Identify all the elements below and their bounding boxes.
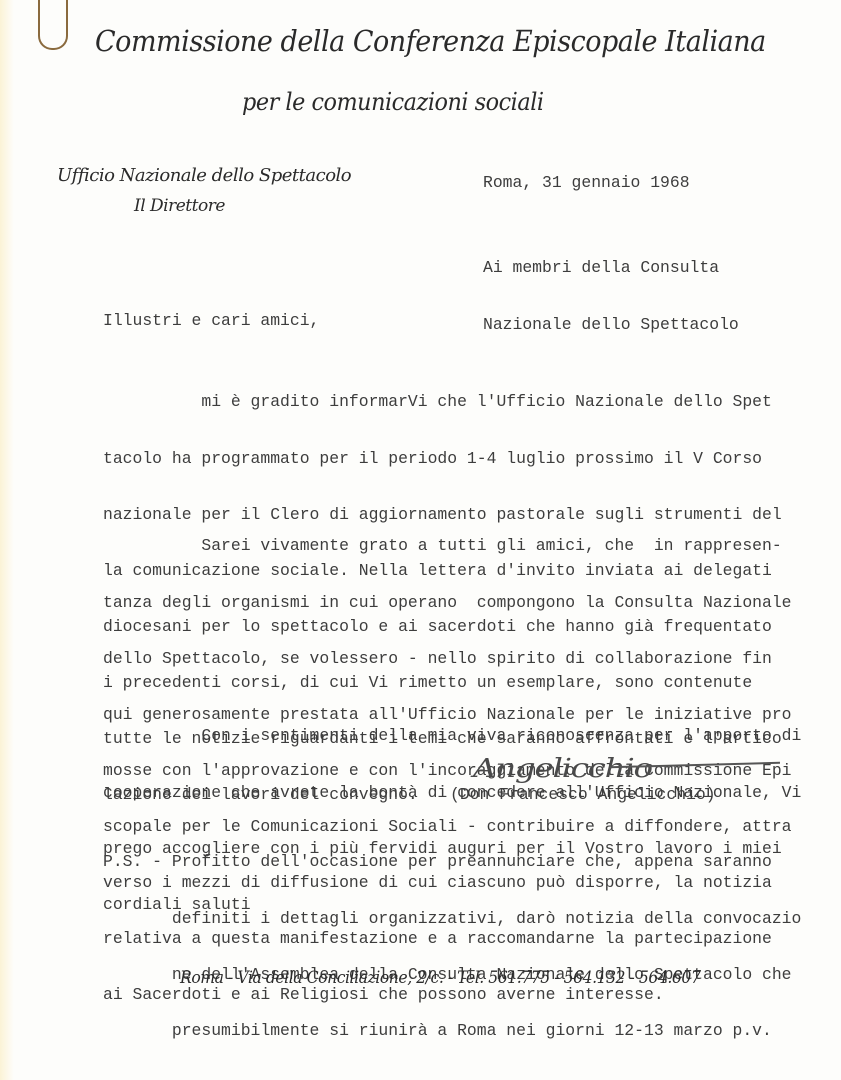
recipient-line: Nazionale dello Spettacolo xyxy=(483,316,739,335)
signatory-name: (Don Francesco Angelicchio) xyxy=(450,786,716,805)
recipient-block: Ai membri della Consulta Nazionale dello… xyxy=(483,222,739,353)
paper-edge-tint xyxy=(0,0,14,1080)
binder-clip-mark xyxy=(38,0,68,50)
text-line: presumibilmente si riunirà a Roma nei gi… xyxy=(103,1022,801,1041)
letterhead-subtitle: per le comunicazioni sociali xyxy=(242,88,544,116)
text-line: Sarei vivamente grato a tutti gli amici,… xyxy=(103,537,792,556)
office-role: Il Direttore xyxy=(134,196,225,216)
text-line: tacolo ha programmato per il periodo 1-4… xyxy=(103,450,782,469)
text-line: Con i sentimenti della mia viva riconosc… xyxy=(103,727,801,746)
recipient-line: Ai membri della Consulta xyxy=(483,259,739,278)
letterhead-title: Commissione della Conferenza Episcopale … xyxy=(95,24,766,58)
text-line: tanza degli organismi in cui operano com… xyxy=(103,594,792,613)
text-line: mi è gradito informarVi che l'Ufficio Na… xyxy=(103,393,782,412)
letterhead-footer-address: Roma - Via della Conciliazione, 2/c. - T… xyxy=(180,968,700,988)
text-line: definiti i dettagli organizzativi, darò … xyxy=(103,910,801,929)
postscript: P.S. - Profitto dell'occasione per prean… xyxy=(103,816,801,1059)
letter-date: Roma, 31 gennaio 1968 xyxy=(483,174,690,193)
office-name: Ufficio Nazionale dello Spettacolo xyxy=(57,165,351,186)
text-line: P.S. - Profitto dell'occasione per prean… xyxy=(103,853,801,872)
salutation: Illustri e cari amici, xyxy=(103,312,319,331)
signature-scribble: Angelicchio xyxy=(473,754,652,784)
text-line: dello Spettacolo, se volessero - nello s… xyxy=(103,650,792,669)
